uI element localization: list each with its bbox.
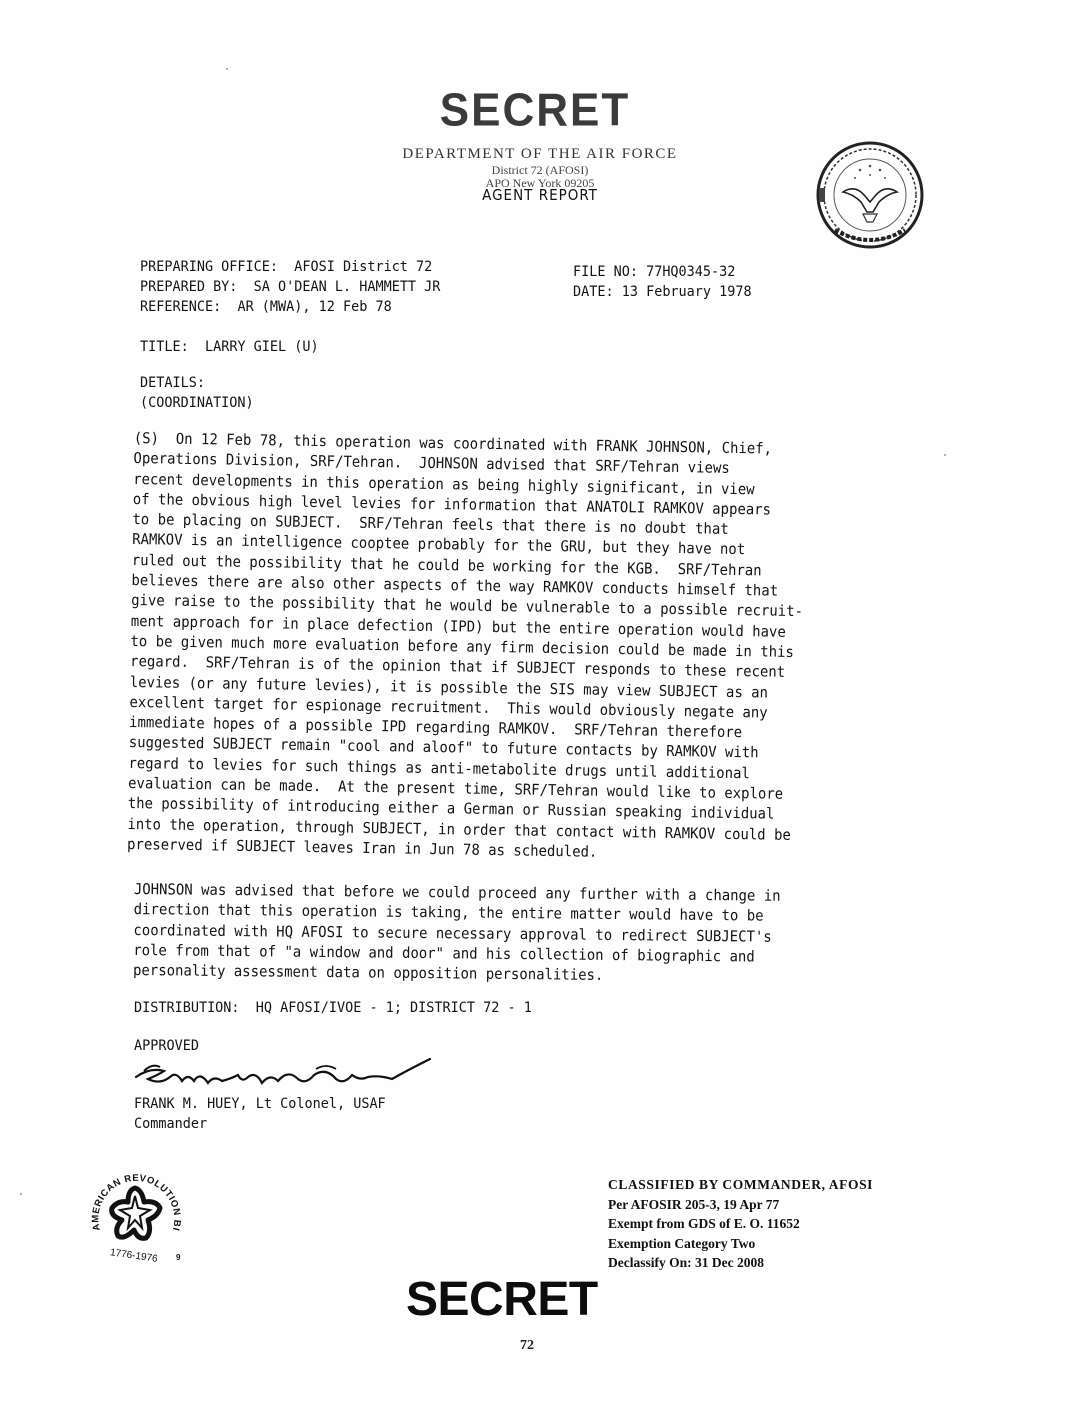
prepared-by-value: SA O'DEAN L. HAMMETT JR xyxy=(254,279,441,295)
preparing-office-label: PREPARING OFFICE: xyxy=(140,259,278,275)
department-name: DEPARTMENT OF THE AIR FORCE xyxy=(330,146,750,163)
reference-label: REFERENCE: xyxy=(140,299,221,315)
classified-by-line: CLASSIFIED BY COMMANDER, AFOSI xyxy=(608,1175,873,1195)
distribution-value: HQ AFOSI/IVOE - 1; DISTRICT 72 - 1 xyxy=(256,1000,532,1016)
body-paragraph-2: JOHNSON was advised that before we could… xyxy=(133,879,943,989)
svg-text:1776-1976: 1776-1976 xyxy=(109,1247,158,1265)
preparing-office-value: AFOSI District 72 xyxy=(294,259,432,275)
reference-row: REFERENCE: AR (MWA), 12 Feb 78 xyxy=(140,297,440,317)
distribution-label: DISTRIBUTION: xyxy=(134,1000,240,1016)
approved-label: APPROVED xyxy=(134,1036,199,1056)
declassify-line: Declassify On: 31 Dec 2008 xyxy=(608,1253,873,1273)
file-no-value: 77HQ0345-32 xyxy=(646,264,735,280)
svg-text:9: 9 xyxy=(176,1253,181,1262)
scan-speck xyxy=(944,454,946,456)
report-title-row: TITLE: LARRY GIEL (U) xyxy=(140,337,319,357)
date-row: DATE: 13 February 1978 xyxy=(573,282,752,302)
scan-speck xyxy=(226,68,228,70)
signer-title: Commander xyxy=(134,1114,207,1134)
body-paragraph-1: (S) On 12 Feb 78, this operation was coo… xyxy=(127,428,943,868)
date-label: DATE: xyxy=(573,284,614,300)
scan-speck xyxy=(20,1193,22,1195)
prepared-by-label: PREPARED BY: xyxy=(140,279,237,295)
preparing-office-row: PREPARING OFFICE: AFOSI District 72 xyxy=(140,257,440,277)
report-info-right: FILE NO: 77HQ0345-32 DATE: 13 February 1… xyxy=(573,262,752,302)
prepared-by-row: PREPARED BY: SA O'DEAN L. HAMMETT JR xyxy=(140,277,440,297)
classification-stamp-header: SECRET xyxy=(425,85,645,138)
bicentennial-star-logo-icon: AMERICAN REVOLUTION BICENTENNIAL 1776-19… xyxy=(80,1160,190,1270)
details-heading: DETAILS: (COORDINATION) xyxy=(140,373,254,413)
dod-seal-icon xyxy=(815,140,925,250)
signature-icon xyxy=(130,1055,460,1095)
file-no-label: FILE NO: xyxy=(573,264,638,280)
report-type: AGENT REPORT xyxy=(380,186,700,204)
classification-authority-block: CLASSIFIED BY COMMANDER, AFOSI Per AFOSI… xyxy=(608,1175,873,1273)
exempt-line: Exempt from GDS of E. O. 11652 xyxy=(608,1214,873,1234)
date-value: 13 February 1978 xyxy=(622,284,752,300)
title-value: LARRY GIEL (U) xyxy=(205,339,319,355)
distribution-row: DISTRIBUTION: HQ AFOSI/IVOE - 1; DISTRIC… xyxy=(134,998,532,1018)
document-page: SECRET DEPARTMENT OF THE AIR FORCE Distr… xyxy=(0,0,1067,1417)
title-label: TITLE: xyxy=(140,339,189,355)
details-label: DETAILS: xyxy=(140,373,254,393)
signer-name: FRANK M. HUEY, Lt Colonel, USAF xyxy=(134,1094,386,1114)
exemption-category-line: Exemption Category Two xyxy=(608,1234,873,1254)
page-number: 72 xyxy=(520,1338,534,1354)
classification-stamp-footer: SECRET xyxy=(406,1272,598,1327)
file-no-row: FILE NO: 77HQ0345-32 xyxy=(573,262,752,282)
details-section: (COORDINATION) xyxy=(140,393,254,413)
reference-value: AR (MWA), 12 Feb 78 xyxy=(237,299,391,315)
authority-line: Per AFOSIR 205-3, 19 Apr 77 xyxy=(608,1195,873,1215)
report-info-left: PREPARING OFFICE: AFOSI District 72 PREP… xyxy=(140,257,440,317)
